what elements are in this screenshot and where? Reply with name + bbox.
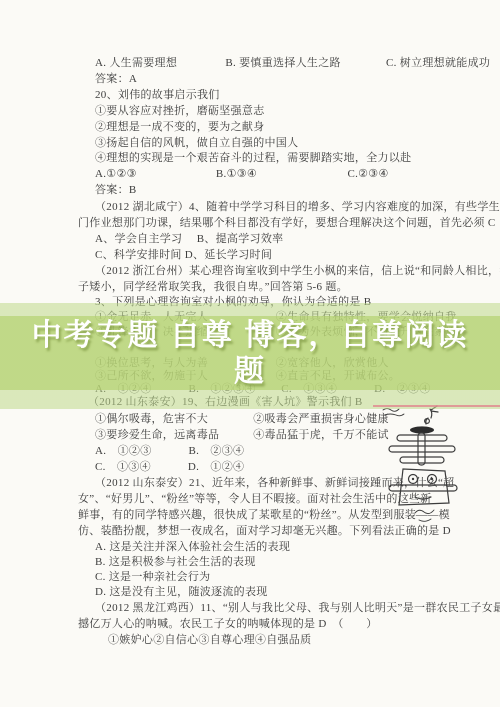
doc-line: ③扬起自信的风帆，做自立自强的中国人 — [95, 137, 298, 150]
doc-line: C. 这是一种亲社会行为 — [95, 571, 210, 584]
doc-line: C. ①③④ D. ①②④ — [95, 461, 244, 474]
doc-line: ③要珍爱生命，远离毒品 ④毒品猛于虎，千万不能试 — [95, 429, 389, 442]
doc-line: ①偶尔吸毒，危害不大 ②吸毒会严重损害身心健康 — [95, 413, 389, 426]
doc-line: ②理想是一成不变的，要为之献身 — [95, 121, 265, 134]
doc-line: A、学会自主学习 B、提高学习效率 — [95, 233, 283, 246]
doc-line: 撼亿万人心的呐喊。农民工子女的呐喊体现的是 D （ ） — [78, 618, 378, 631]
doc-line: 子矮小，同学经常取笑我，我很自卑。”回答第 5-6 题。 — [78, 281, 348, 294]
doc-line: 答案：A — [95, 73, 137, 86]
cartoon-signature-scribble — [415, 510, 434, 521]
doc-line: A. 人生需要理想 B. 要慎重选择人生之路 C. 树立理想就能成功 — [95, 57, 490, 70]
watermark-title-line1: 中考专题 自尊 博客，自尊阅读 — [0, 320, 500, 352]
doc-line: （2012 湖北咸宁）4、随着中学学习科目的增多、学习内容难度的加深，有些学生做… — [95, 201, 500, 214]
doc-line: （2012 黑龙江鸡西）11、“别人与我比父母、我与别人比明天”是一群农民工子女… — [95, 602, 500, 615]
doc-line: ①嫉妒心②自信心③自尊心理④自强品质 — [108, 634, 311, 647]
doc-line: A. 这是关注并深入体验社会生活的表现 — [95, 541, 290, 554]
scan-artifact-line — [373, 405, 500, 407]
doc-line: D. 这是没有主见，随波逐流的表现 — [95, 586, 268, 599]
doc-line: 答案：B — [95, 184, 137, 197]
doc-line: ④理想的实现是一个艰苦奋斗的过程，需要脚踏实地，全力以赴 — [95, 152, 411, 165]
doc-line: 20、刘伟的故事启示我们 — [95, 89, 220, 102]
doc-line: （2012 浙江台州）某心理咨询室收到中学生小枫的来信，信上说“和同龄人相比，我… — [95, 265, 500, 278]
doc-line: B. 这是积极参与社会生活的表现 — [95, 556, 256, 569]
cartoon-scribble-text — [383, 409, 404, 416]
doc-line: A. ①②③ B. ②③④ — [95, 445, 244, 458]
poison-pit-cartoon-image — [375, 399, 470, 529]
doc-line: 门作业想那门功课，结果哪个科目都没有学好，要想合理解决这个问题，首先必须 C — [78, 217, 495, 230]
doc-line: A.①②③ B.①③④ C.②③④ — [95, 168, 389, 181]
watermark-title-line2: 题 — [0, 356, 500, 388]
scanned-exam-document-page: A. 人生需要理想 B. 要慎重选择人生之路 C. 树立理想就能成功 答案：A … — [0, 0, 500, 707]
doc-line: ①要从容应对挫折，磨砺坚强意志 — [95, 105, 265, 118]
doc-line: C、科学安排时间 D、延长学习时间 — [95, 249, 272, 262]
